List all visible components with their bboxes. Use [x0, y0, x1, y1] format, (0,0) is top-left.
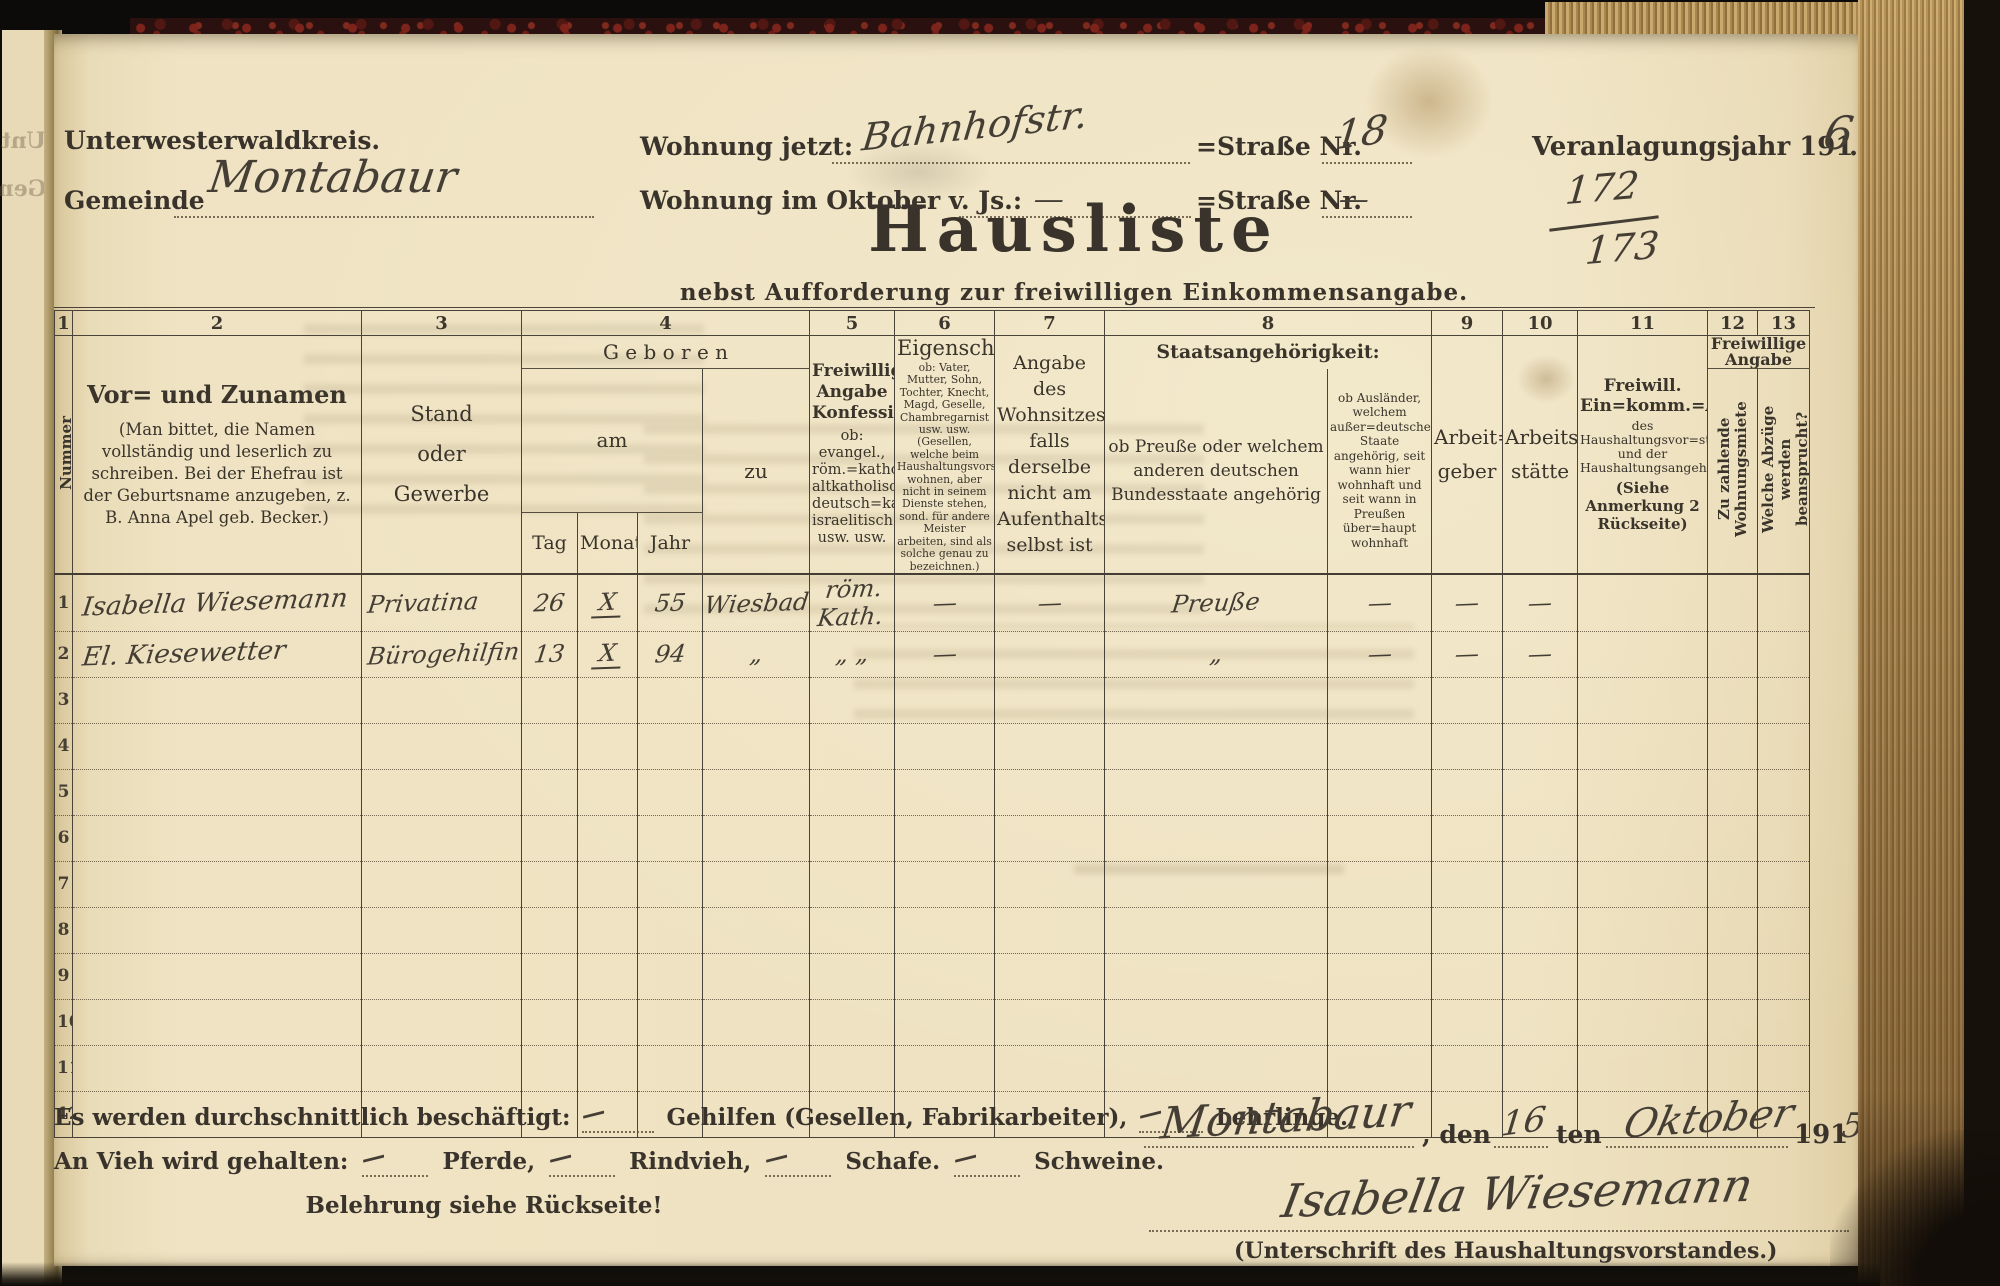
- den-label: , den: [1422, 1120, 1491, 1149]
- cell-stand-row3: [362, 677, 522, 723]
- ten-label: ten: [1556, 1120, 1602, 1149]
- cell-stand-row4: [362, 723, 522, 769]
- cell-jahr-row9: [638, 953, 703, 999]
- cell-einkommen-row3: [1578, 677, 1708, 723]
- header-einkommen: Freiwill. Ein=komm.=Angabe des Haushaltu…: [1578, 336, 1708, 574]
- cell-abzuege-row6: [1758, 815, 1810, 861]
- cell-jahr-row8: [638, 907, 703, 953]
- header-nummer-label: Nummer: [57, 416, 73, 490]
- livestock-label-4: Schweine.: [1034, 1148, 1164, 1175]
- cell-arbeitsstaette-row7: [1503, 861, 1578, 907]
- employment-mid: Gehilfen (Gesellen, Fabrikarbeiter),: [667, 1104, 1128, 1131]
- cell-konfession-row5: [810, 769, 895, 815]
- header-zu: zu: [703, 369, 810, 574]
- cell-arbeitsstaette-row4: [1503, 723, 1578, 769]
- strasse-nr-line: [1322, 162, 1412, 164]
- header-name-title: Vor= und Zunamen: [75, 380, 359, 409]
- header-staat-title: Staatsangehörigkeit:: [1105, 336, 1432, 369]
- signature-value: Isabella Wiesemann: [1278, 1158, 1758, 1228]
- col-number: 5: [810, 311, 895, 336]
- col-number: 9: [1432, 311, 1503, 336]
- header-freiwillige-angabe: Freiwillige Angabe: [1708, 336, 1810, 369]
- cell-miete-row6: [1708, 815, 1758, 861]
- cell-arbeitgeber-row1: —: [1432, 574, 1503, 632]
- cell-wohnsitz-row3: [995, 677, 1105, 723]
- col-number: 12: [1708, 311, 1758, 336]
- cell-arbeitsstaette-row10: [1503, 999, 1578, 1045]
- cell-name-row2: El. Kiesewetter: [73, 631, 362, 677]
- cell-konfession-row9: [810, 953, 895, 999]
- cell-arbeitsstaette-row6: [1503, 815, 1578, 861]
- livestock-label-1: Pferde,: [442, 1148, 535, 1175]
- header-staat-auslaender: ob Ausländer, welchem außer=deutschen St…: [1328, 369, 1432, 574]
- cell-staat_de-row11: [1105, 1045, 1328, 1091]
- cell-jahr-row6: [638, 815, 703, 861]
- cell-abzuege-row5: [1758, 769, 1810, 815]
- cell-arbeitgeber-row2: —: [1432, 631, 1503, 677]
- cell-tag-row2: 13: [522, 631, 578, 677]
- cell-zu-row8: [703, 907, 810, 953]
- cell-abzuege-row10: [1758, 999, 1810, 1045]
- cell-miete-row3: [1708, 677, 1758, 723]
- bottom-shadow: [0, 1262, 1880, 1286]
- cell-monat-row1: X: [578, 574, 638, 632]
- cell-arbeitgeber-row10: [1432, 999, 1503, 1045]
- cell-staat_de-row9: [1105, 953, 1328, 999]
- cell-zu-row11: [703, 1045, 810, 1091]
- cell-arbeitsstaette-row11: [1503, 1045, 1578, 1091]
- cell-einkommen-row11: [1578, 1045, 1708, 1091]
- veranlagungsjahr-period: .: [1849, 132, 1858, 162]
- header-einkommen-title: Freiwill. Ein=komm.=Angabe: [1580, 376, 1705, 416]
- cell-arbeitgeber-row6: [1432, 815, 1503, 861]
- signature-caption: (Unterschrift des Haushaltungsvorstandes…: [1234, 1238, 1774, 1264]
- header-miete-label: Zu zahlende Wohnungsmiete: [1716, 394, 1750, 544]
- cell-zu-row6: [703, 815, 810, 861]
- livestock-blank-3: —: [765, 1146, 831, 1177]
- cell-name-row4: [73, 723, 362, 769]
- cell-jahr-row4: [638, 723, 703, 769]
- cell-eigenschaft-row4: [895, 723, 995, 769]
- hand-mark: —: [545, 1140, 575, 1174]
- header-monat: Monat: [578, 512, 638, 574]
- header-staat-preusse-label: ob Preuße oder welchem anderen deutschen…: [1107, 435, 1325, 507]
- cell-num-row7: 7: [55, 861, 73, 907]
- cell-arbeitsstaette-row2: —: [1503, 631, 1578, 677]
- cell-name-row9: [73, 953, 362, 999]
- cell-stand-row11: [362, 1045, 522, 1091]
- cell-wohnsitz-row1: —: [995, 574, 1105, 632]
- cell-tag-row3: [522, 677, 578, 723]
- cell-abzuege-row1: [1758, 574, 1810, 632]
- cell-miete-row1: [1708, 574, 1758, 632]
- col-number: 7: [995, 311, 1105, 336]
- header-miete: Zu zahlende Wohnungsmiete: [1708, 369, 1758, 574]
- back-cover-edge: [1964, 0, 2000, 1286]
- cell-zu-row3: [703, 677, 810, 723]
- cell-stand-row8: [362, 907, 522, 953]
- cell-staat_de-row5: [1105, 769, 1328, 815]
- cell-staat_aus-row9: [1328, 953, 1432, 999]
- cell-einkommen-row4: [1578, 723, 1708, 769]
- header-wohnsitz-label: Angabe des Wohnsitzes, falls derselbe ni…: [997, 350, 1102, 558]
- cell-wohnsitz-row2: [995, 631, 1105, 677]
- cell-wohnsitz-row11: [995, 1045, 1105, 1091]
- cell-arbeitgeber-row3: [1432, 677, 1503, 723]
- header-staat-preusse: ob Preuße oder welchem anderen deutschen…: [1105, 369, 1328, 574]
- cell-staat_de-row6: [1105, 815, 1328, 861]
- cell-konfession-row11: [810, 1045, 895, 1091]
- cell-staat_aus-row4: [1328, 723, 1432, 769]
- cell-tag-row4: [522, 723, 578, 769]
- cell-staat_aus-row6: [1328, 815, 1432, 861]
- cell-num-row6: 6: [55, 815, 73, 861]
- header-eigenschaft: Eigenschaft ob: Vater, Mutter, Sohn, Toc…: [895, 336, 995, 574]
- cell-staat_de-row1: Preuße: [1105, 574, 1328, 632]
- cell-miete-row8: [1708, 907, 1758, 953]
- cell-abzuege-row8: [1758, 907, 1810, 953]
- cell-abzuege-row7: [1758, 861, 1810, 907]
- table-row: 2El. KiesewetterBürogehilfin13X94„„ „—„—…: [55, 631, 1810, 677]
- cell-zu-row10: [703, 999, 810, 1045]
- column-number-row: 1 2 3 4 5 6 7 8 9 10 11 12 13: [55, 311, 1810, 336]
- cell-konfession-row6: [810, 815, 895, 861]
- cell-name-row10: [73, 999, 362, 1045]
- wohnung-jetzt-label: Wohnung jetzt:: [640, 132, 853, 161]
- col-number: 8: [1105, 311, 1432, 336]
- cell-stand-row1: Privatina: [362, 574, 522, 632]
- cell-stand-row7: [362, 861, 522, 907]
- cell-konfession-row4: [810, 723, 895, 769]
- cell-jahr-row5: [638, 769, 703, 815]
- underlying-page-sliver: Unterw Gemein: [2, 30, 48, 1286]
- header-jahr: Jahr: [638, 512, 703, 574]
- hausliste-table-wrap: 1 2 3 4 5 6 7 8 9 10 11 12 13 Nummer: [54, 307, 1815, 1138]
- header-eigenschaft-note: ob: Vater, Mutter, Sohn, Tochter, Knecht…: [897, 362, 992, 573]
- cell-arbeitgeber-row4: [1432, 723, 1503, 769]
- gemeinde-label: Gemeinde: [64, 186, 205, 215]
- cell-num-row8: 8: [55, 907, 73, 953]
- hausliste-table: 1 2 3 4 5 6 7 8 9 10 11 12 13 Nummer: [54, 310, 1810, 1138]
- livestock-line: An Vieh wird gehalten: — Pferde, — Rindv…: [54, 1146, 1164, 1177]
- col-number: 1: [55, 311, 73, 336]
- hausliste-body: 1Isabella WiesemannPrivatina26X55Wiesbad…: [55, 574, 1810, 1138]
- tag-value: 16: [1499, 1099, 1548, 1145]
- header-nummer: Nummer: [55, 336, 73, 574]
- cell-name-row8: [73, 907, 362, 953]
- cell-arbeitsstaette-row8: [1503, 907, 1578, 953]
- cell-monat-row5: [578, 769, 638, 815]
- livestock-blank-2: —: [549, 1146, 615, 1177]
- cell-name-row5: [73, 769, 362, 815]
- cell-monat-row10: [578, 999, 638, 1045]
- cell-staat_de-row2: „: [1105, 631, 1328, 677]
- cell-arbeitgeber-row7: [1432, 861, 1503, 907]
- header-arbeitgeber-label: Arbeit= geber: [1434, 420, 1500, 488]
- cell-zu-row5: [703, 769, 810, 815]
- cell-abzuege-row9: [1758, 953, 1810, 999]
- col-number: 11: [1578, 311, 1708, 336]
- cell-zu-row9: [703, 953, 810, 999]
- cell-stand-row5: [362, 769, 522, 815]
- cell-arbeitsstaette-row5: [1503, 769, 1578, 815]
- cell-wohnsitz-row8: [995, 907, 1105, 953]
- page-edges-right: [1858, 0, 1974, 1286]
- header-konfession: Freiwillige Angabe Konfession ob: evange…: [810, 336, 895, 574]
- header-stand-label: Stand oder Gewerbe: [364, 394, 519, 514]
- cell-monat-row6: [578, 815, 638, 861]
- header-arbeitsstaette: Arbeits= stätte: [1503, 336, 1578, 574]
- veranlagungsjahr-label: Veranlagungsjahr 191: [1532, 132, 1853, 162]
- header-am: am: [522, 369, 703, 513]
- cell-eigenschaft-row11: [895, 1045, 995, 1091]
- hausliste-page: Unterwesterwaldkreis. Gemeinde Montabaur…: [54, 34, 1858, 1266]
- cell-einkommen-row5: [1578, 769, 1708, 815]
- cell-konfession-row1: röm. Kath.: [810, 574, 895, 632]
- cell-abzuege-row3: [1758, 677, 1810, 723]
- cell-jahr-row3: [638, 677, 703, 723]
- cell-eigenschaft-row7: [895, 861, 995, 907]
- cell-arbeitsstaette-row9: [1503, 953, 1578, 999]
- header-einkommen-see: (Siehe Anmerkung 2 Rückseite): [1580, 479, 1705, 533]
- cell-staat_aus-row5: [1328, 769, 1432, 815]
- table-row: 8: [55, 907, 1810, 953]
- header-staat-auslaender-label: ob Ausländer, welchem außer=deutschen St…: [1330, 391, 1429, 551]
- table-row: 3: [55, 677, 1810, 723]
- hand-mark: —: [761, 1140, 791, 1174]
- employment-blank-1: —: [582, 1102, 654, 1133]
- cell-stand-row10: [362, 999, 522, 1045]
- table-row: 6: [55, 815, 1810, 861]
- cell-konfession-row3: [810, 677, 895, 723]
- cell-einkommen-row2: [1578, 631, 1708, 677]
- cell-wohnsitz-row5: [995, 769, 1105, 815]
- cell-stand-row2: Bürogehilfin: [362, 631, 522, 677]
- cell-jahr-row11: [638, 1045, 703, 1091]
- signature-line: [1149, 1230, 1849, 1232]
- cell-staat_aus-row1: —: [1328, 574, 1432, 632]
- header-tag: Tag: [522, 512, 578, 574]
- col-number: 2: [73, 311, 362, 336]
- cell-eigenschaft-row10: [895, 999, 995, 1045]
- cell-num-row10: 10: [55, 999, 73, 1045]
- book-scan: Unterw Gemein Unterwesterwaldkreis. Geme…: [0, 0, 2000, 1286]
- cell-arbeitgeber-row5: [1432, 769, 1503, 815]
- col-number: 13: [1758, 311, 1810, 336]
- cell-wohnsitz-row6: [995, 815, 1105, 861]
- cell-staat_aus-row2: —: [1328, 631, 1432, 677]
- header-konfession-title: Freiwillige Angabe Konfession: [812, 361, 892, 424]
- cell-staat_de-row4: [1105, 723, 1328, 769]
- cell-miete-row7: [1708, 861, 1758, 907]
- header-arbeitgeber: Arbeit= geber: [1432, 336, 1503, 574]
- cell-zu-row4: [703, 723, 810, 769]
- cell-konfession-row8: [810, 907, 895, 953]
- employment-line: Es werden durchschnittlich beschäftigt: …: [54, 1102, 1348, 1133]
- cell-einkommen-row10: [1578, 999, 1708, 1045]
- cell-num-row5: 5: [55, 769, 73, 815]
- tag-line: [1494, 1146, 1548, 1148]
- cell-staat_aus-row3: [1328, 677, 1432, 723]
- cell-zu-row7: [703, 861, 810, 907]
- belehrung-note: Belehrung siehe Rückseite!: [234, 1192, 734, 1219]
- cell-miete-row9: [1708, 953, 1758, 999]
- header-abzuege: Welche Abzüge werden beansprucht?: [1758, 369, 1810, 574]
- header-abzuege-label: Welche Abzüge werden beansprucht?: [1760, 394, 1810, 544]
- cell-num-row4: 4: [55, 723, 73, 769]
- cell-konfession-row2: „ „: [810, 631, 895, 677]
- cell-eigenschaft-row1: —: [895, 574, 995, 632]
- cell-einkommen-row7: [1578, 861, 1708, 907]
- col-number: 6: [895, 311, 995, 336]
- cell-miete-row10: [1708, 999, 1758, 1045]
- cell-arbeitgeber-row8: [1432, 907, 1503, 953]
- cell-wohnsitz-row7: [995, 861, 1105, 907]
- cell-miete-row5: [1708, 769, 1758, 815]
- header-stand: Stand oder Gewerbe: [362, 336, 522, 574]
- cell-abzuege-row4: [1758, 723, 1810, 769]
- cell-einkommen-row1: [1578, 574, 1708, 632]
- cell-monat-row2: X: [578, 631, 638, 677]
- header-eigenschaft-title: Eigenschaft: [897, 336, 992, 360]
- livestock-label-3: Schafe.: [845, 1148, 940, 1175]
- cell-monat-row4: [578, 723, 638, 769]
- gemeinde-line: [174, 216, 594, 218]
- col-number: 10: [1503, 311, 1578, 336]
- cell-konfession-row7: [810, 861, 895, 907]
- folio-top: 172: [1564, 163, 1641, 213]
- cell-arbeitsstaette-row1: —: [1503, 574, 1578, 632]
- folio-bottom: 173: [1584, 223, 1661, 273]
- cell-miete-row11: [1708, 1045, 1758, 1091]
- livestock-blank-1: —: [362, 1146, 428, 1177]
- cell-stand-row6: [362, 815, 522, 861]
- header-geboren: G e b o r e n: [522, 336, 810, 369]
- cell-einkommen-row6: [1578, 815, 1708, 861]
- cell-num-row11: 11: [55, 1045, 73, 1091]
- cell-name-row7: [73, 861, 362, 907]
- cell-tag-row1: 26: [522, 574, 578, 632]
- cell-wohnsitz-row10: [995, 999, 1105, 1045]
- cell-name-row3: [73, 677, 362, 723]
- cell-jahr-row2: 94: [638, 631, 703, 677]
- cell-arbeitgeber-row9: [1432, 953, 1503, 999]
- cell-name-row11: [73, 1045, 362, 1091]
- cell-zu-row1: Wiesbaden: [703, 574, 810, 632]
- cell-einkommen-row9: [1578, 953, 1708, 999]
- cell-wohnsitz-row9: [995, 953, 1105, 999]
- cell-konfession-row10: [810, 999, 895, 1045]
- kreis-label: Unterwesterwaldkreis.: [64, 126, 380, 155]
- cell-miete-row4: [1708, 723, 1758, 769]
- cell-arbeitsstaette-row3: [1503, 677, 1578, 723]
- cell-tag-row5: [522, 769, 578, 815]
- cell-monat-row8: [578, 907, 638, 953]
- cell-staat_de-row10: [1105, 999, 1328, 1045]
- cell-eigenschaft-row2: —: [895, 631, 995, 677]
- cell-monat-row7: [578, 861, 638, 907]
- header-konfession-note: ob: evangel., röm.=kathol., altkatholisc…: [812, 428, 892, 547]
- cell-jahr-row1: 55: [638, 574, 703, 632]
- cell-tag-row7: [522, 861, 578, 907]
- livestock-label-2: Rindvieh,: [629, 1148, 751, 1175]
- table-row: 7: [55, 861, 1810, 907]
- cell-jahr-row7: [638, 861, 703, 907]
- cell-num-row2: 2: [55, 631, 73, 677]
- cell-staat_aus-row7: [1328, 861, 1432, 907]
- cell-eigenschaft-row5: [895, 769, 995, 815]
- cell-tag-row10: [522, 999, 578, 1045]
- cell-jahr-row10: [638, 999, 703, 1045]
- cell-arbeitgeber-row11: [1432, 1045, 1503, 1091]
- cell-monat-row9: [578, 953, 638, 999]
- col-number: 3: [362, 311, 522, 336]
- livestock-blank-4: —: [954, 1146, 1020, 1177]
- cell-tag-row8: [522, 907, 578, 953]
- cell-monat-row3: [578, 677, 638, 723]
- cell-wohnsitz-row4: [995, 723, 1105, 769]
- cell-num-row1: 1: [55, 574, 73, 632]
- cell-abzuege-row2: [1758, 631, 1810, 677]
- hand-mark: —: [358, 1140, 388, 1174]
- cell-staat_aus-row8: [1328, 907, 1432, 953]
- cell-name-row6: [73, 815, 362, 861]
- cell-staat_de-row7: [1105, 861, 1328, 907]
- header-einkommen-note: des Haushaltungsvor=standes und der Haus…: [1580, 419, 1705, 475]
- page-title: Hausliste: [674, 192, 1474, 267]
- strasse-nr-value: 18: [1333, 107, 1390, 160]
- gemeinde-value: Montabaur: [205, 152, 460, 203]
- cell-monat-row11: [578, 1045, 638, 1091]
- cell-staat_aus-row10: [1328, 999, 1432, 1045]
- livestock-pre: An Vieh wird gehalten:: [54, 1148, 348, 1175]
- page-subtitle: nebst Aufforderung zur freiwilligen Eink…: [574, 279, 1574, 306]
- cell-zu-row2: „: [703, 631, 810, 677]
- cell-name-row1: Isabella Wiesemann: [73, 574, 362, 632]
- cell-eigenschaft-row9: [895, 953, 995, 999]
- cell-tag-row11: [522, 1045, 578, 1091]
- bleed-fragment: Gemein: [0, 176, 46, 202]
- bleed-fragment: Unterw: [0, 128, 46, 154]
- cell-tag-row6: [522, 815, 578, 861]
- cell-abzuege-row11: [1758, 1045, 1810, 1091]
- cell-einkommen-row8: [1578, 907, 1708, 953]
- table-row: 11: [55, 1045, 1810, 1091]
- cell-num-row9: 9: [55, 953, 73, 999]
- table-row: 1Isabella WiesemannPrivatina26X55Wiesbad…: [55, 574, 1810, 632]
- table-row: 5: [55, 769, 1810, 815]
- cell-num-row3: 3: [55, 677, 73, 723]
- cell-eigenschaft-row6: [895, 815, 995, 861]
- hand-mark: —: [950, 1140, 980, 1174]
- header-name: Vor= und Zunamen (Man bittet, die Namen …: [73, 336, 362, 574]
- header-name-note: (Man bittet, die Namen vollständig und l…: [75, 419, 359, 529]
- cell-miete-row2: [1708, 631, 1758, 677]
- cell-eigenschaft-row3: [895, 677, 995, 723]
- cell-staat_de-row3: [1105, 677, 1328, 723]
- table-row: 9: [55, 953, 1810, 999]
- cell-stand-row9: [362, 953, 522, 999]
- table-row: 10: [55, 999, 1810, 1045]
- header-wohnsitz: Angabe des Wohnsitzes, falls derselbe ni…: [995, 336, 1105, 574]
- cell-eigenschaft-row8: [895, 907, 995, 953]
- employment-pre: Es werden durchschnittlich beschäftigt:: [54, 1104, 570, 1131]
- cell-staat_de-row8: [1105, 907, 1328, 953]
- cell-staat_aus-row11: [1328, 1045, 1432, 1091]
- cell-tag-row9: [522, 953, 578, 999]
- wohnung-jetzt-line: [832, 162, 1190, 164]
- header-arbeitsstaette-label: Arbeits= stätte: [1505, 420, 1575, 488]
